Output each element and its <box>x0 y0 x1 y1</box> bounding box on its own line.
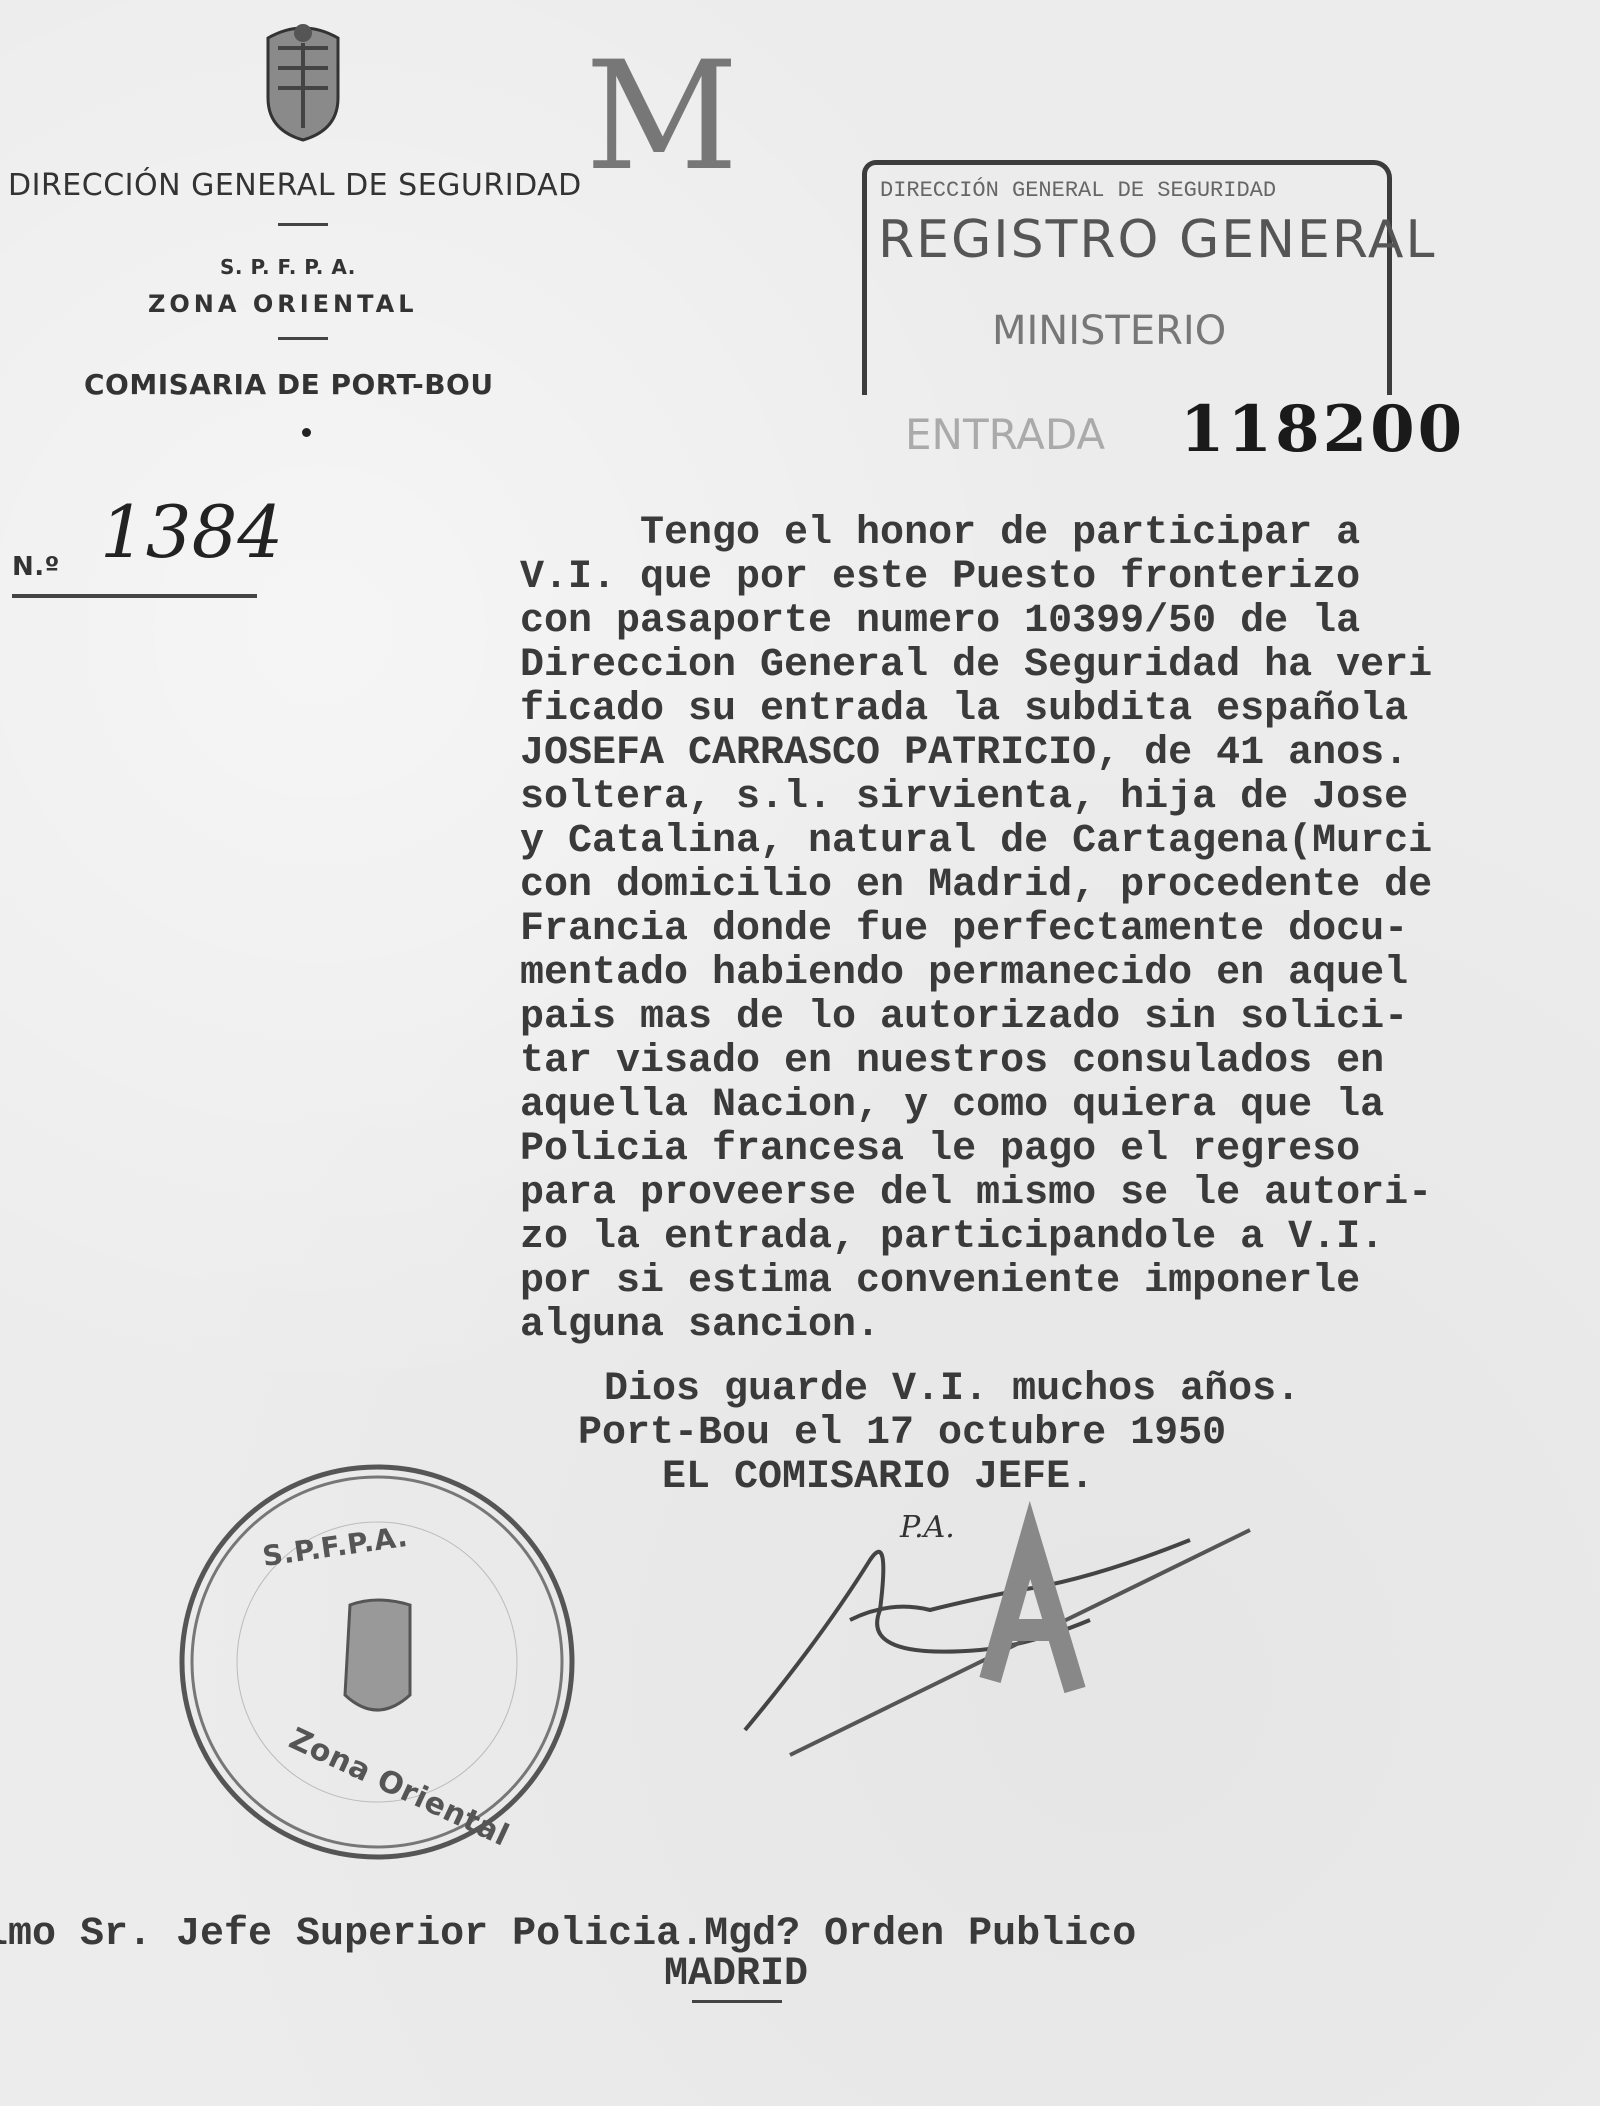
body-line: mentado habiendo permanecido en aquel <box>520 952 1432 996</box>
body-line: y Catalina, natural de Cartagena(Murci <box>520 820 1432 864</box>
body-line: zo la entrada, participandole a V.I. <box>520 1216 1432 1260</box>
divider <box>278 223 328 226</box>
body-line: tar visado en nuestros consulados en <box>520 1040 1432 1084</box>
stamp-title: REGISTRO GENERAL <box>878 210 1436 270</box>
body-line: alguna sancion. <box>520 1304 1432 1348</box>
coat-of-arms-icon <box>258 18 348 143</box>
letter-body: Tengo el honor de participar aV.I. que p… <box>520 512 1432 1348</box>
zone-name: ZONA ORIENTAL <box>148 290 418 318</box>
place-date: Port-Bou el 17 octubre 1950 <box>578 1412 1226 1456</box>
divider <box>278 337 328 340</box>
reference-number: 1384 <box>100 490 283 574</box>
signatory-title: EL COMISARIO JEFE. <box>662 1456 1094 1500</box>
body-line: Tengo el honor de participar a <box>520 512 1432 556</box>
stamp-entry-label: ENTRADA <box>905 410 1105 459</box>
body-line: V.I. que por este Puesto fronterizo <box>520 556 1432 600</box>
body-line: aquella Nacion, y como quiera que la <box>520 1084 1432 1128</box>
body-line: con pasaporte numero 10399/50 de la <box>520 600 1432 644</box>
bullet-dot <box>302 428 311 437</box>
signature <box>730 1500 1270 1760</box>
body-line: por si estima conveniente imponerle <box>520 1260 1432 1304</box>
reference-underline <box>12 594 257 598</box>
registry-number: 118200 <box>1180 392 1465 467</box>
body-line: soltera, s.l. sirvienta, hija de Jose <box>520 776 1432 820</box>
division-code: S. P. F. P. A. <box>220 255 356 279</box>
stamp-subtitle: MINISTERIO <box>992 308 1226 354</box>
city-underline <box>692 2000 782 2003</box>
body-line: pais mas de lo autorizado sin solici- <box>520 996 1432 1040</box>
body-line: Francia donde fue perfectamente docu- <box>520 908 1432 952</box>
body-line: Policia francesa le pago el regreso <box>520 1128 1432 1172</box>
round-seal <box>170 1455 585 1870</box>
handwritten-initial: M <box>585 30 739 204</box>
body-line: con domicilio en Madrid, procedente de <box>520 864 1432 908</box>
addressee-line: Ilmo Sr. Jefe Superior Policia.Mgd? Orde… <box>0 1912 1136 1957</box>
stamp-top-line: DIRECCIÓN GENERAL DE SEGURIDAD <box>880 178 1276 203</box>
body-line: para proveerse del mismo se le autori- <box>520 1172 1432 1216</box>
body-line: Direccion General de Seguridad ha veri <box>520 644 1432 688</box>
addressee-city: MADRID <box>664 1952 808 1997</box>
reference-label: N.º <box>12 552 60 582</box>
salutation: Dios guarde V.I. muchos años. <box>604 1368 1300 1412</box>
signature-prefix: P.A. <box>900 1510 955 1545</box>
body-line: ficado su entrada la subdita española <box>520 688 1432 732</box>
organization-name: DIRECCIÓN GENERAL DE SEGURIDAD <box>8 168 582 203</box>
office-name: COMISARIA DE PORT-BOU <box>84 368 494 401</box>
body-line: JOSEFA CARRASCO PATRICIO, de 41 anos. <box>520 732 1432 776</box>
